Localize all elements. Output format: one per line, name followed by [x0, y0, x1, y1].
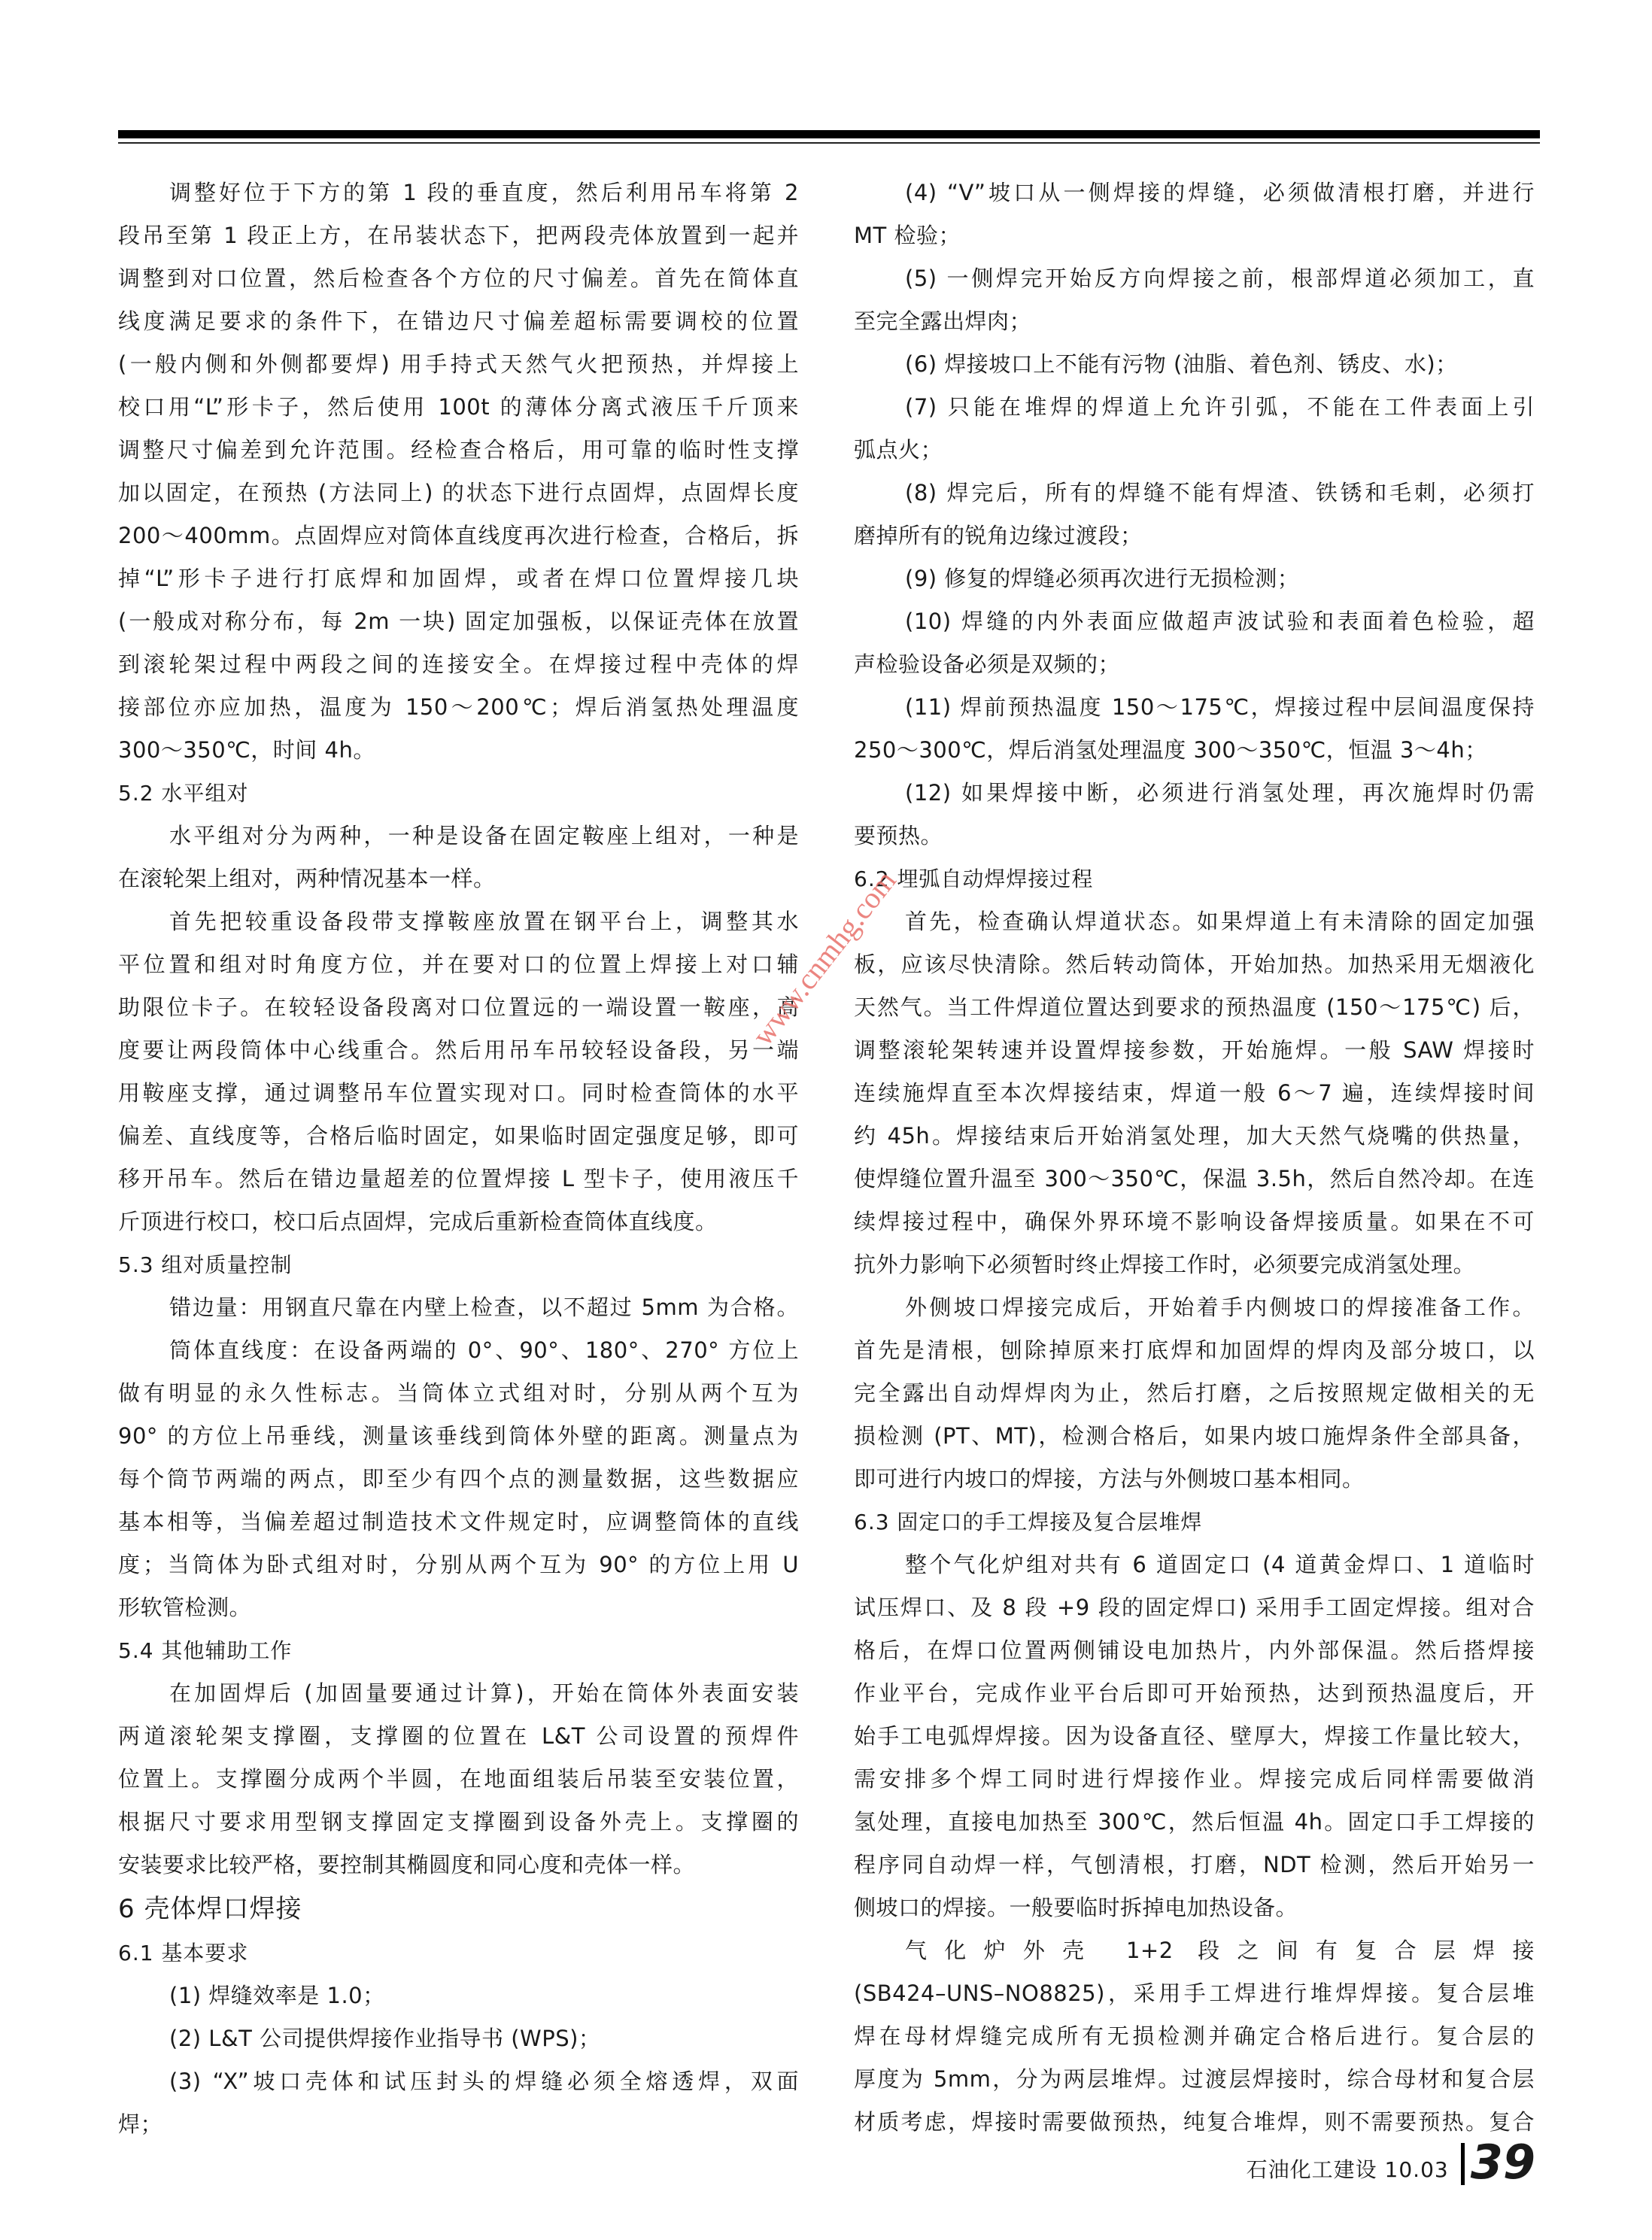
paragraph-first-line: 整个气化炉组对共有 6 道固定口 (4 道黄金焊口、1 道临时 — [854, 1543, 1535, 1586]
paragraph-first-line: 在加固焊后 (加固量要通过计算)，开始在筒体外表面安装 — [118, 1672, 799, 1715]
paragraph-first-line: 外侧坡口焊接完成后，开始着手内侧坡口的焊接准备工作。 — [854, 1286, 1535, 1329]
paragraph-last-line: 磨掉所有的锐角边缘过渡段； — [854, 514, 1535, 557]
list-item: (12) 如果焊接中断，必须进行消氢处理，再次施焊时仍需 — [854, 772, 1535, 815]
list-item: (4) “V”坡口从一侧焊接的焊缝，必须做清根打磨，并进行 — [854, 171, 1535, 214]
text-line: 加以固定，在预热 (方法同上) 的状态下进行点固焊，点固焊长度 — [118, 472, 799, 514]
paragraph-last-line: 至完全露出焊肉； — [854, 300, 1535, 343]
text-line: 用鞍座支撑，通过调整吊车位置实现对口。同时检查筒体的水平 — [118, 1072, 799, 1115]
text-line: 到滚轮架过程中两段之间的连接安全。在焊接过程中壳体的焊 — [118, 643, 799, 686]
paragraph-last-line: 安装要求比较严格，要控制其椭圆度和同心度和壳体一样。 — [118, 1844, 799, 1886]
footer-divider-bar — [1461, 2143, 1465, 2185]
text-line: 平位置和组对时角度方位，并在要对口的位置上焊接上对口辅 — [118, 943, 799, 986]
text-line: 位置上。支撑圈分成两个半圆，在地面组装后吊装至安装位置， — [118, 1758, 799, 1801]
text-line: 厚度为 5mm，分为两层堆焊。过渡层焊接时，综合母材和复合层 — [854, 2058, 1535, 2101]
text-line: 材质考虑，焊接时需要做预热，纯复合堆焊，则不需要预热。复合 — [854, 2101, 1535, 2144]
section-heading: 6 壳体焊口焊接 — [118, 1886, 799, 1932]
list-item: (10) 焊缝的内外表面应做超声波试验和表面着色检验，超 — [854, 600, 1535, 643]
text-line: 使焊缝位置升温至 300～350℃，保温 3.5h，然后自然冷却。在连 — [854, 1158, 1535, 1200]
text-line: 格后，在焊口位置两侧铺设电加热片，内外部保温。然后搭焊接 — [854, 1629, 1535, 1672]
text-line: 调整滚轮架转速并设置焊接参数，开始施焊。一般 SAW 焊接时 — [854, 1029, 1535, 1072]
text-line: 板，应该尽快清除。然后转动筒体，开始加热。加热采用无烟液化 — [854, 943, 1535, 986]
paragraph-first-line: 水平组对分为两种，一种是设备在固定鞍座上组对，一种是 — [118, 815, 799, 857]
right-column: (4) “V”坡口从一侧焊接的焊缝，必须做清根打磨，并进行MT 检验；(5) 一… — [854, 171, 1535, 2144]
paragraph-last-line: 在滚轮架上组对，两种情况基本一样。 — [118, 857, 799, 900]
text-line: 90° 的方位上吊垂线，测量该垂线到筒体外壁的距离。测量点为 — [118, 1415, 799, 1458]
header-thick-rule — [118, 130, 1540, 138]
page-number: 39 — [1471, 2140, 1535, 2185]
text-line: 调整尺寸偏差到允许范围。经检查合格后，用可靠的临时性支撑 — [118, 429, 799, 472]
paragraph-last-line: 即可进行内坡口的焊接，方法与外侧坡口基本相同。 — [854, 1458, 1535, 1501]
list-item: (2) L&T 公司提供焊接作业指导书 (WPS)； — [118, 2017, 799, 2060]
header-thin-rule — [118, 142, 1540, 144]
text-line: 段吊至第 1 段正上方，在吊装状态下，把两段壳体放置到一起并 — [118, 214, 799, 257]
paragraph-last-line: MT 检验； — [854, 214, 1535, 257]
list-item: (1) 焊缝效率是 1.0； — [118, 1974, 799, 2017]
text-line: 根据尺寸要求用型钢支撑固定支撑圈到设备外壳上。支撑圈的 — [118, 1801, 799, 1844]
subsection-heading: 6.1 基本要求 — [118, 1932, 799, 1974]
list-item: (5) 一侧焊完开始反方向焊接之前，根部焊道必须加工，直 — [854, 257, 1535, 300]
text-line: 损检测 (PT、MT)，检测合格后，如果内坡口施焊条件全部具备， — [854, 1415, 1535, 1458]
text-line: 度；当筒体为卧式组对时，分别从两个互为 90° 的方位上用 U — [118, 1543, 799, 1586]
paragraph-last-line: 弧点火； — [854, 429, 1535, 472]
paragraph-last-line: 斤顶进行校口，校口后点固焊，完成后重新检查筒体直线度。 — [118, 1200, 799, 1243]
paragraph-first-line: 调整好位于下方的第 1 段的垂直度，然后利用吊车将第 2 — [118, 171, 799, 214]
paragraph-last-line: 抗外力影响下必须暂时终止焊接工作时，必须要完成消氢处理。 — [854, 1243, 1535, 1286]
paragraph-last-line: 声检验设备必须是双频的； — [854, 643, 1535, 686]
text-line: 氢处理，直接电加热至 300℃，然后恒温 4h。固定口手工焊接的 — [854, 1801, 1535, 1844]
text-line: 程序同自动焊一样，气刨清根，打磨，NDT 检测，然后开始另一 — [854, 1844, 1535, 1886]
text-line: 度要让两段筒体中心线重合。然后用吊车吊较轻设备段，另一端 — [118, 1029, 799, 1072]
paragraph-last-line: 要预热。 — [854, 815, 1535, 857]
text-line: 连续施焊直至本次焊接结束，焊道一般 6～7 遍，连续焊接时间 — [854, 1072, 1535, 1115]
paragraph-last-line: 250～300℃，焊后消氢处理温度 300～350℃，恒温 3～4h； — [854, 729, 1535, 772]
text-line: (SB424–UNS–NO8825)，采用手工焊进行堆焊焊接。复合层堆 — [854, 1972, 1535, 2015]
text-line: 每个筒节两端的两点，即至少有四个点的测量数据，这些数据应 — [118, 1458, 799, 1501]
text-line: 掉“L”形卡子进行打底焊和加固焊，或者在焊口位置焊接几块 — [118, 557, 799, 600]
text-line: 作业平台，完成作业平台后即可开始预热，达到预热温度后，开 — [854, 1672, 1535, 1715]
text-line: 始手工电弧焊焊接。因为设备直径、壁厚大，焊接工作量比较大， — [854, 1715, 1535, 1758]
list-item: (7) 只能在堆焊的焊道上允许引弧，不能在工件表面上引 — [854, 386, 1535, 429]
paragraph-last-line: 300～350℃，时间 4h。 — [118, 729, 799, 772]
text-line: 基本相等，当偏差超过制造技术文件规定时，应调整筒体的直线 — [118, 1501, 799, 1543]
text-line: 校口用“L”形卡子，然后使用 100t 的薄体分离式液压千斤顶来 — [118, 386, 799, 429]
text-line: 焊在母材焊缝完成所有无损检测并确定合格后进行。复合层的 — [854, 2015, 1535, 2058]
paragraph-first-line: 首先，检查确认焊道状态。如果焊道上有未清除的固定加强 — [854, 900, 1535, 943]
text-line: 完全露出自动焊焊肉为止，然后打磨，之后按照规定做相关的无 — [854, 1372, 1535, 1415]
page-footer: 石油化工建设 10.03 39 — [1247, 2140, 1535, 2185]
paragraph-first-line: 筒体直线度：在设备两端的 0°、90°、180°、270° 方位上 — [118, 1329, 799, 1372]
paragraph-last-line: 焊； — [118, 2103, 799, 2146]
text-line: 线度满足要求的条件下，在错边尺寸偏差超标需要调校的位置 — [118, 300, 799, 343]
text-line: 两道滚轮架支撑圈，支撑圈的位置在 L&T 公司设置的预焊件 — [118, 1715, 799, 1758]
text-line: 试压焊口、及 8 段 +9 段的固定焊口) 采用手工固定焊接。组对合 — [854, 1586, 1535, 1629]
journal-name: 石油化工建设 10.03 — [1247, 2155, 1449, 2185]
list-item: (3) “X”坡口壳体和试压封头的焊缝必须全熔透焊，双面 — [118, 2060, 799, 2103]
text-line: 做有明显的永久性标志。当筒体立式组对时，分别从两个互为 — [118, 1372, 799, 1415]
paragraph-first-line: 错边量：用钢直尺靠在内壁上检查，以不超过 5mm 为合格。 — [118, 1286, 799, 1329]
text-line: 调整到对口位置，然后检查各个方位的尺寸偏差。首先在简体直 — [118, 257, 799, 300]
left-column: 调整好位于下方的第 1 段的垂直度，然后利用吊车将第 2段吊至第 1 段正上方，… — [118, 171, 799, 2146]
text-line: 移开吊车。然后在错边量超差的位置焊接 L 型卡子，使用液压千 — [118, 1158, 799, 1200]
subsection-heading: 6.3 固定口的手工焊接及复合层堆焊 — [854, 1501, 1535, 1543]
paragraph-last-line: 形软管检测。 — [118, 1586, 799, 1629]
text-line: 续焊接过程中，确保外界环境不影响设备焊接质量。如果在不可 — [854, 1200, 1535, 1243]
text-line: 接部位亦应加热，温度为 150～200℃；焊后消氢热处理温度 — [118, 686, 799, 729]
list-item: (8) 焊完后，所有的焊缝不能有焊渣、铁锈和毛刺，必须打 — [854, 472, 1535, 514]
subsection-heading: 6.2 埋弧自动焊焊接过程 — [854, 857, 1535, 900]
text-line: 助限位卡子。在较轻设备段离对口位置远的一端设置一鞍座，高 — [118, 986, 799, 1029]
text-line: 200～400mm。点固焊应对筒体直线度再次进行检查，合格后，拆 — [118, 514, 799, 557]
text-line: 首先是清根，刨除掉原来打底焊和加固焊的焊肉及部分坡口，以 — [854, 1329, 1535, 1372]
text-line: (一般内侧和外侧都要焊) 用手持式天然气火把预热，并焊接上 — [118, 343, 799, 386]
list-item: (9) 修复的焊缝必须再次进行无损检测； — [854, 557, 1535, 600]
text-line: 需安排多个焊工同时进行焊接作业。焊接完成后同样需要做消 — [854, 1758, 1535, 1801]
paragraph-first-line: 首先把较重设备段带支撑鞍座放置在钢平台上，调整其水 — [118, 900, 799, 943]
list-item: (6) 焊接坡口上不能有污物 (油脂、着色剂、锈皮、水)； — [854, 343, 1535, 386]
subsection-heading: 5.4 其他辅助工作 — [118, 1629, 799, 1672]
paragraph-last-line: 侧坡口的焊接。一般要临时拆掉电加热设备。 — [854, 1886, 1535, 1929]
list-item: (11) 焊前预热温度 150～175℃，焊接过程中层间温度保持 — [854, 686, 1535, 729]
text-line: (一般成对称分布，每 2m 一块) 固定加强板，以保证壳体在放置 — [118, 600, 799, 643]
text-line: 约 45h。焊接结束后开始消氢处理，加大天然气烧嘴的供热量， — [854, 1115, 1535, 1158]
text-line: 天然气。当工件焊道位置达到要求的预热温度 (150～175℃) 后， — [854, 986, 1535, 1029]
subsection-heading: 5.3 组对质量控制 — [118, 1243, 799, 1286]
text-line: 偏差、直线度等，合格后临时固定，如果临时固定强度足够，即可 — [118, 1115, 799, 1158]
paragraph-first-line: 气化炉外壳 1+2 段之间有复合层焊接 — [854, 1929, 1535, 1972]
subsection-heading: 5.2 水平组对 — [118, 772, 799, 815]
